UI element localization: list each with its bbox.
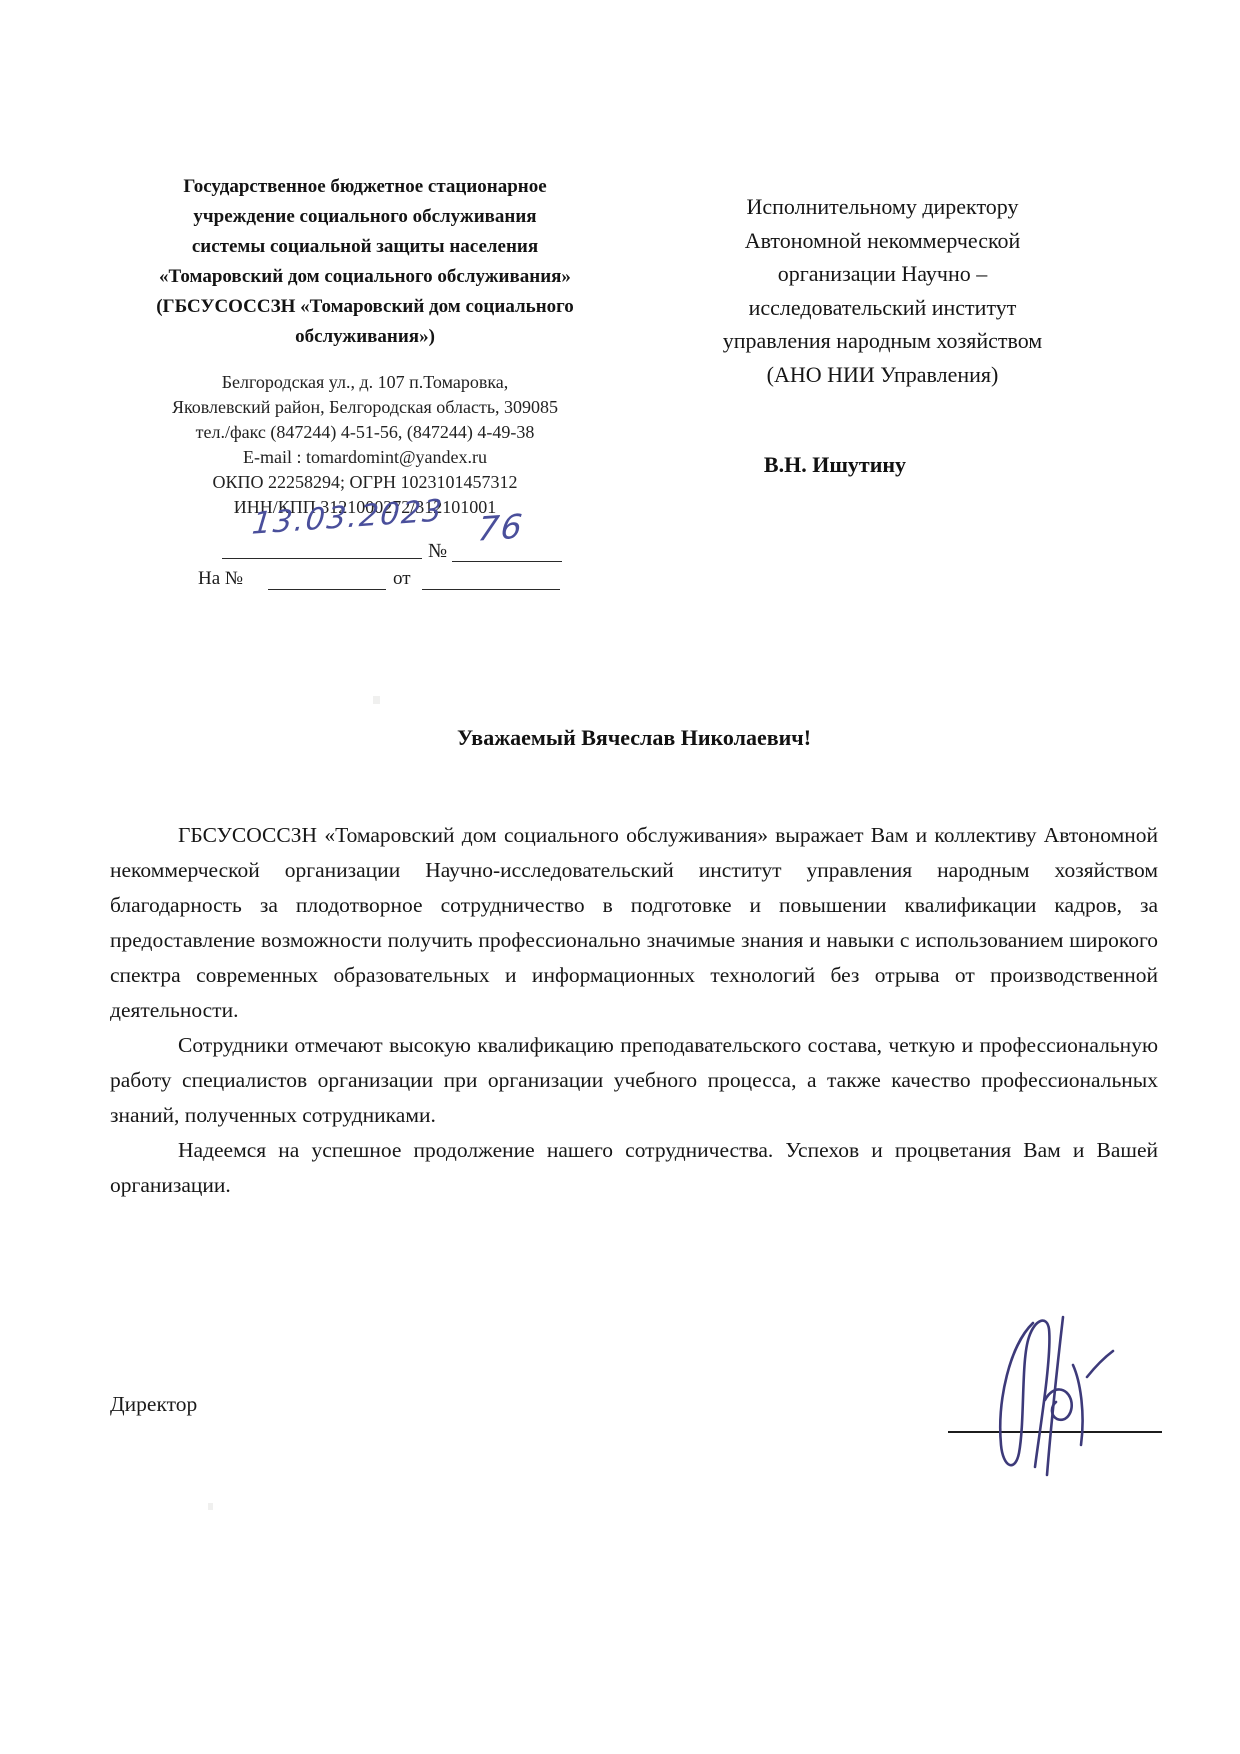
recipient-line: Автономной некоммерческой: [655, 224, 1110, 258]
recipient-line: управления народным хозяйством: [655, 324, 1110, 358]
letter-page: Государственное бюджетное стационарное у…: [0, 0, 1240, 1754]
recipient-line: исследовательский институт: [655, 291, 1110, 325]
date-underline: [222, 558, 422, 559]
number-label: №: [428, 540, 447, 563]
sender-email-line: E-mail : tomardomint@yandex.ru: [115, 445, 615, 470]
reference-na-label: На №: [198, 568, 243, 590]
sender-address-line: Белгородская ул., д. 107 п.Томаровка,: [115, 370, 615, 395]
director-title: Директор: [110, 1392, 197, 1417]
reference-ot-label: от: [393, 568, 411, 590]
sender-org-line: учреждение социального обслуживания: [115, 202, 615, 232]
scan-speckle: [373, 696, 380, 704]
recipient-line: Исполнительному директору: [655, 190, 1110, 224]
sender-okpo-ogrn-line: ОКПО 22258294; ОГРН 1023101457312: [115, 470, 615, 495]
recipient-line: (АНО НИИ Управления): [655, 358, 1110, 392]
recipient-block: Исполнительному директору Автономной нек…: [655, 190, 1110, 391]
recipient-line: организации Научно –: [655, 257, 1110, 291]
sender-org-line: Государственное бюджетное стационарное: [115, 172, 615, 202]
reference-na-underline: [268, 589, 386, 590]
recipient-name: В.Н. Ишутину: [655, 452, 1015, 478]
outgoing-number-handwritten: 76: [476, 506, 526, 549]
director-signature-icon: [955, 1305, 1175, 1490]
body-paragraph: Сотрудники отмечают высокую квалификацию…: [110, 1028, 1158, 1133]
number-underline: [452, 561, 562, 562]
sender-block: Государственное бюджетное стационарное у…: [115, 172, 615, 520]
letter-body: ГБСУСОССЗН «Томаровский дом социального …: [110, 818, 1158, 1203]
sender-org-line: (ГБСУСОССЗН «Томаровский дом социального: [115, 292, 615, 322]
sender-org-line: обслуживания»): [115, 322, 615, 352]
sender-org-line: «Томаровский дом социального обслуживани…: [115, 262, 615, 292]
sender-address-block: Белгородская ул., д. 107 п.Томаровка, Як…: [115, 370, 615, 520]
body-paragraph: Надеемся на успешное продолжение нашего …: [110, 1133, 1158, 1203]
salutation: Уважаемый Вячеслав Николаевич!: [110, 725, 1158, 751]
body-paragraph: ГБСУСОССЗН «Томаровский дом социального …: [110, 818, 1158, 1028]
reference-ot-underline: [422, 589, 560, 590]
scan-speckle: [208, 1503, 213, 1510]
sender-address-line: Яковлевский район, Белгородская область,…: [115, 395, 615, 420]
sender-org-line: системы социальной защиты населения: [115, 232, 615, 262]
sender-phone-line: тел./факс (847244) 4-51-56, (847244) 4-4…: [115, 420, 615, 445]
